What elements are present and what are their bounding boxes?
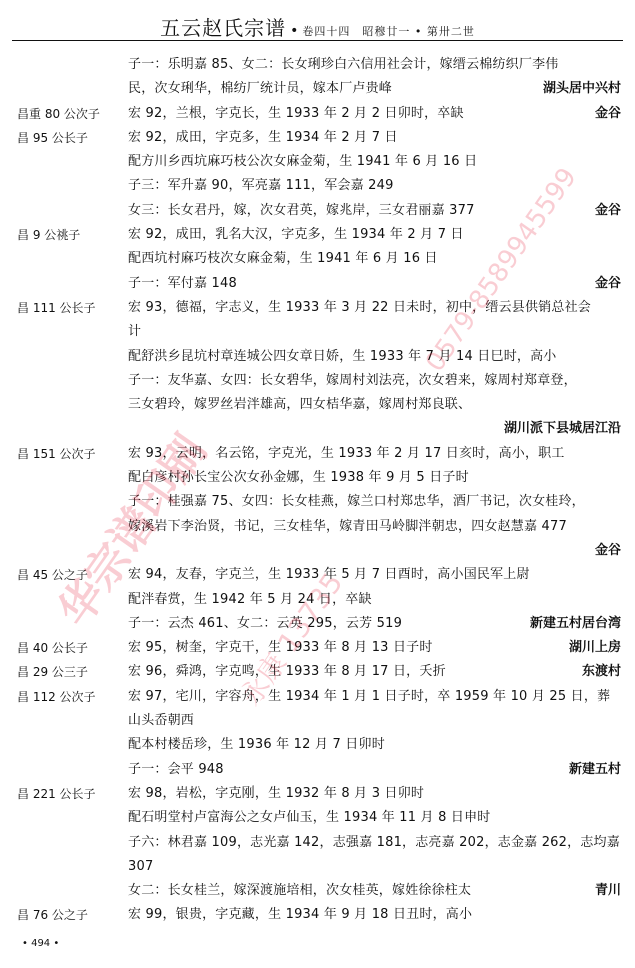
entry-text: 配西坑村麻巧枝次女麻金菊，生 1941 年 6 月 16 日 bbox=[128, 247, 621, 271]
entry-line: 昌 151 公次子宏 93，云明，名云铭，字克光，生 1933 年 2 月 17… bbox=[0, 442, 635, 466]
lineage-label: 昌 45 公之子 bbox=[17, 563, 88, 587]
entry-line: 民，次女琍华，棉纺厂统计员，嫁本厂卢贵峰湖头居中兴村 bbox=[0, 77, 635, 101]
lineage-label: 昌重 80 公次子 bbox=[17, 102, 100, 126]
entry-line: 配白彦村孙长宝公次女孙金娜，生 1938 年 9 月 5 日子时 bbox=[0, 466, 635, 490]
entry-line: 子一：云杰 461、女二：云英 295，云芳 519新建五村居台湾 bbox=[0, 612, 635, 636]
entry-line: 子一：桂强嘉 75、女四：长女桂燕，嫁兰口村郑忠华，酒厂书记，次女桂玲， bbox=[0, 490, 635, 514]
residence-label: 新建五村 bbox=[569, 758, 621, 782]
residence-label: 金谷 bbox=[595, 272, 621, 296]
entry-text: 嫁溪岩下李治贤，书记，三女桂华，嫁青田马岭脚泮朝忠，四女赵慧嘉 477 bbox=[128, 515, 621, 539]
lineage-label: 昌 9 公祧子 bbox=[17, 223, 80, 247]
entry-text: 子一：桂强嘉 75、女四：长女桂燕，嫁兰口村郑忠华，酒厂书记，次女桂玲， bbox=[128, 490, 621, 514]
entry-text: 宏 95，树奎，字克干，生 1933 年 8 月 13 日子时 bbox=[128, 636, 621, 660]
entry-text: 子一：会平 948 bbox=[128, 758, 621, 782]
entry-line: 湖川派下县城居江沿 bbox=[0, 417, 635, 441]
entry-text: 子一：军付嘉 148 bbox=[128, 272, 621, 296]
entry-text: 宏 93，德福，字志义，生 1933 年 3 月 22 日未时，初中，缙云县供销… bbox=[128, 296, 621, 320]
entry-text: 宏 92，成田，乳名大汉，字克多，生 1934 年 2 月 7 日 bbox=[128, 223, 621, 247]
entry-text: 307 bbox=[128, 855, 621, 879]
residence-label: 金谷 bbox=[595, 199, 621, 223]
entry-line: 三女碧玲，嫁罗丝岩泮雄高，四女桔华嘉，嫁周村郑良联、 bbox=[0, 393, 635, 417]
entry-line: 配方川乡西坑麻巧枝公次女麻金菊，生 1941 年 6 月 16 日 bbox=[0, 150, 635, 174]
page-header: 五云赵氏宗谱•卷四十四 昭穆廿一 • 第卅二世 bbox=[0, 12, 635, 41]
entry-line: 子一：乐明嘉 85、女二：长女琍珍白六信用社会计，嫁缙云棉纺织厂李伟 bbox=[0, 53, 635, 77]
entry-line: 昌 9 公祧子宏 92，成田，乳名大汉，字克多，生 1934 年 2 月 7 日 bbox=[0, 223, 635, 247]
entry-text: 宏 97，宅川，字容舟，生 1934 年 1 月 1 日子时，卒 1959 年 … bbox=[128, 685, 621, 709]
entry-text: 配石明堂村卢富海公之女卢仙玉，生 1934 年 11 月 8 日申时 bbox=[128, 806, 621, 830]
entry-text: 宏 99，银贵，字克藏，生 1934 年 9 月 18 日丑时，高小 bbox=[128, 903, 621, 927]
entry-text: 子三：军升嘉 90，军亮嘉 111，军会嘉 249 bbox=[128, 174, 621, 198]
volume-subtitle: 卷四十四 昭穆廿一 • 第卅二世 bbox=[302, 25, 474, 38]
entry-line: 子一：友华嘉、女四：长女碧华，嫁周村刘法亮，次女碧来，嫁周村郑章登， bbox=[0, 369, 635, 393]
book-title: 五云赵氏宗谱 bbox=[160, 16, 286, 40]
residence-label: 金谷 bbox=[595, 102, 621, 126]
entry-text: 女三：长女君丹，嫁，次女君英，嫁兆岸，三女君丽嘉 377 bbox=[128, 199, 621, 223]
lineage-label: 昌 76 公之子 bbox=[17, 903, 88, 927]
entry-text: 子六：林君嘉 109，志光嘉 142，志强嘉 181，志亮嘉 202，志金嘉 2… bbox=[128, 831, 621, 855]
residence-label: 金谷 bbox=[595, 539, 621, 563]
entry-line: 昌重 80 公次子宏 92，兰根，字克长，生 1933 年 2 月 2 日卯时，… bbox=[0, 102, 635, 126]
entry-text: 宏 93，云明，名云铭，字克光，生 1933 年 2 月 17 日亥时，高小，职… bbox=[128, 442, 621, 466]
entry-line: 女三：长女君丹，嫁，次女君英，嫁兆岸，三女君丽嘉 377金谷 bbox=[0, 199, 635, 223]
entry-text: 三女碧玲，嫁罗丝岩泮雄高，四女桔华嘉，嫁周村郑良联、 bbox=[128, 393, 621, 417]
lineage-label: 昌 40 公长子 bbox=[17, 636, 88, 660]
entry-text: 子一：友华嘉、女四：长女碧华，嫁周村刘法亮，次女碧来，嫁周村郑章登， bbox=[128, 369, 621, 393]
entry-line: 山头岙朝西 bbox=[0, 709, 635, 733]
entry-line: 配西坑村麻巧枝次女麻金菊，生 1941 年 6 月 16 日 bbox=[0, 247, 635, 271]
residence-label: 湖川上房 bbox=[569, 636, 621, 660]
entry-line: 配本村楼岳珍，生 1936 年 12 月 7 日卯时 bbox=[0, 733, 635, 757]
entry-line: 昌 95 公长子宏 92，成田，字克多，生 1934 年 2 月 7 日 bbox=[0, 126, 635, 150]
header-separator: • bbox=[290, 23, 298, 39]
entry-line: 配石明堂村卢富海公之女卢仙玉，生 1934 年 11 月 8 日申时 bbox=[0, 806, 635, 830]
lineage-label: 昌 111 公长子 bbox=[17, 296, 96, 320]
entry-line: 嫁溪岩下李治贤，书记，三女桂华，嫁青田马岭脚泮朝忠，四女赵慧嘉 477 bbox=[0, 515, 635, 539]
residence-label: 东渡村 bbox=[582, 660, 621, 684]
lineage-label: 昌 112 公次子 bbox=[17, 685, 96, 709]
entry-text: 配白彦村孙长宝公次女孙金娜，生 1938 年 9 月 5 日子时 bbox=[128, 466, 621, 490]
page-number: • 494 • bbox=[22, 938, 59, 949]
entry-line: 计 bbox=[0, 320, 635, 344]
entry-line: 昌 221 公长子宏 98，岩松，字克刚，生 1932 年 8 月 3 日卯时 bbox=[0, 782, 635, 806]
entry-text: 配舒洪乡昆坑村章连城公四女章日娇，生 1933 年 7 月 14 日巳时，高小 bbox=[128, 345, 621, 369]
entry-text: 计 bbox=[128, 320, 621, 344]
entry-line: 子三：军升嘉 90，军亮嘉 111，军会嘉 249 bbox=[0, 174, 635, 198]
entry-line: 昌 111 公长子宏 93，德福，字志义，生 1933 年 3 月 22 日未时… bbox=[0, 296, 635, 320]
entry-text: 宏 92，兰根，字克长，生 1933 年 2 月 2 日卯时，卒缺 bbox=[128, 102, 621, 126]
header-rule bbox=[12, 40, 623, 41]
entry-text: 宏 92，成田，字克多，生 1934 年 2 月 7 日 bbox=[128, 126, 621, 150]
entry-line: 昌 29 公三子宏 96，舜鸿，字克鸣，生 1933 年 8 月 17 日，夭折… bbox=[0, 660, 635, 684]
entry-line: 子六：林君嘉 109，志光嘉 142，志强嘉 181，志亮嘉 202，志金嘉 2… bbox=[0, 831, 635, 855]
residence-label: 青川 bbox=[595, 879, 621, 903]
genealogy-entries: 子一：乐明嘉 85、女二：长女琍珍白六信用社会计，嫁缙云棉纺织厂李伟民，次女琍华… bbox=[0, 53, 635, 928]
entry-line: 子一：军付嘉 148金谷 bbox=[0, 272, 635, 296]
entry-text: 宏 96，舜鸿，字克鸣，生 1933 年 8 月 17 日，夭折 bbox=[128, 660, 621, 684]
entry-line: 金谷 bbox=[0, 539, 635, 563]
entry-text: 女二：长女桂兰，嫁深渡施培相，次女桂英，嫁姓徐徐柱太 bbox=[128, 879, 621, 903]
entry-line: 昌 40 公长子宏 95，树奎，字克干，生 1933 年 8 月 13 日子时湖… bbox=[0, 636, 635, 660]
entry-text: 山头岙朝西 bbox=[128, 709, 621, 733]
entry-line: 昌 76 公之子宏 99，银贵，字克藏，生 1934 年 9 月 18 日丑时，… bbox=[0, 903, 635, 927]
entry-line: 307 bbox=[0, 855, 635, 879]
entry-line: 昌 112 公次子宏 97，宅川，字容舟，生 1934 年 1 月 1 日子时，… bbox=[0, 685, 635, 709]
entry-text: 配本村楼岳珍，生 1936 年 12 月 7 日卯时 bbox=[128, 733, 621, 757]
entry-line: 昌 45 公之子宏 94，友春，字克兰，生 1933 年 5 月 7 日酉时，高… bbox=[0, 563, 635, 587]
entry-line: 配舒洪乡昆坑村章连城公四女章日娇，生 1933 年 7 月 14 日巳时，高小 bbox=[0, 345, 635, 369]
residence-label: 湖头居中兴村 bbox=[543, 77, 621, 101]
entry-text: 配泮春赏，生 1942 年 5 月 24 日，卒缺 bbox=[128, 588, 621, 612]
entry-text: 宏 98，岩松，字克刚，生 1932 年 8 月 3 日卯时 bbox=[128, 782, 621, 806]
lineage-label: 昌 221 公长子 bbox=[17, 782, 96, 806]
entry-text: 宏 94，友春，字克兰，生 1933 年 5 月 7 日酉时，高小国民军上尉 bbox=[128, 563, 621, 587]
lineage-label: 昌 151 公次子 bbox=[17, 442, 96, 466]
entry-line: 子一：会平 948新建五村 bbox=[0, 758, 635, 782]
entry-text: 配方川乡西坑麻巧枝公次女麻金菊，生 1941 年 6 月 16 日 bbox=[128, 150, 621, 174]
residence-label: 新建五村居台湾 bbox=[530, 612, 621, 636]
lineage-label: 昌 95 公长子 bbox=[17, 126, 88, 150]
entry-line: 配泮春赏，生 1942 年 5 月 24 日，卒缺 bbox=[0, 588, 635, 612]
residence-label: 湖川派下县城居江沿 bbox=[504, 417, 621, 441]
entry-text: 子一：乐明嘉 85、女二：长女琍珍白六信用社会计，嫁缙云棉纺织厂李伟 bbox=[128, 53, 621, 77]
entry-line: 女二：长女桂兰，嫁深渡施培相，次女桂英，嫁姓徐徐柱太青川 bbox=[0, 879, 635, 903]
lineage-label: 昌 29 公三子 bbox=[17, 660, 88, 684]
